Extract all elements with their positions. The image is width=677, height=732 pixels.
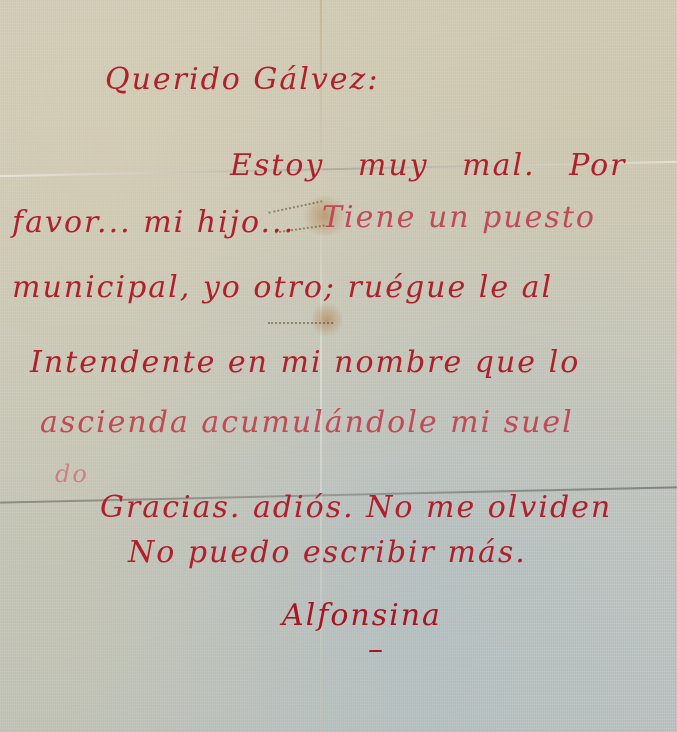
signature: Alfonsina — [282, 598, 442, 633]
paper-stain — [312, 300, 342, 340]
letter-line-4: Intendente en mi nombre que lo — [30, 345, 580, 380]
letter-line-5: ascienda acumulándole mi suel — [40, 405, 574, 440]
letter-line-2b: Tiene un puesto — [322, 200, 596, 235]
letter-salutation: Querido Gálvez: — [105, 62, 379, 97]
letter-paper: Querido Gálvez: Estoy muy mal. Por favor… — [0, 0, 677, 732]
letter-line-5-continuation: do — [55, 460, 89, 488]
signature-mark: – — [368, 632, 385, 667]
letter-line-2a: favor... mi hijo... — [12, 205, 295, 240]
letter-line-7: No puedo escribir más. — [128, 535, 527, 570]
letter-line-6: Gracias. adiós. No me olviden — [100, 490, 612, 525]
ink-smudge — [268, 322, 333, 325]
letter-line-1: Estoy muy mal. Por — [230, 148, 627, 183]
letter-line-3: municipal, yo otro; ruégue le al — [12, 270, 553, 305]
